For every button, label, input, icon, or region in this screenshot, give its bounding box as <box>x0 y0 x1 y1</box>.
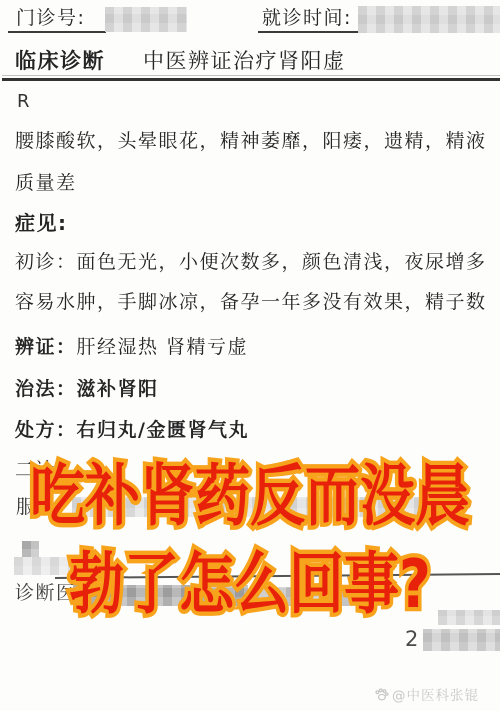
visit-time-redaction <box>358 6 500 33</box>
overlay-caption-line-2: 勃了怎么回事? 勃了怎么回事? <box>69 551 431 618</box>
method-line: 治法：滋补肾阳 <box>15 378 159 402</box>
prescription-label: 处方： <box>15 419 77 441</box>
symptom-line-1: 腰膝酸软，头晕眼花，精神萎靡，阳痿，遗精，精液 <box>15 130 487 154</box>
small-redaction-block <box>22 541 39 558</box>
doctor-label: 诊断医 <box>15 582 77 606</box>
date-fragment: 2 <box>405 626 420 652</box>
diagnosis-divider-shadow <box>2 75 500 76</box>
right-small-redaction <box>438 610 500 625</box>
method-value: 滋补肾阳 <box>77 378 159 400</box>
watermark-text: @中医科张锟 <box>392 684 479 704</box>
overlay-line2-text: 勃了怎么回事? <box>69 545 431 623</box>
medical-record-screenshot: 门诊号: 就诊时间: 临床诊断 中医辨证治疗肾阳虚 R 腰膝酸软，头晕眼花，精神… <box>0 0 500 711</box>
clinical-diagnosis-label: 临床诊断 <box>15 48 105 74</box>
prescription-value: 右归丸/金匮肾气丸 <box>77 419 249 441</box>
symptoms-heading: 症见: <box>15 211 68 236</box>
watermark: @中医科张锟 <box>374 684 479 704</box>
visit-time-underline <box>258 31 358 33</box>
overlay-line1-text: 吃补肾药反而没晨 <box>30 457 470 535</box>
prescription-line: 处方：右归丸/金匮肾气丸 <box>15 419 249 443</box>
visit-time-label: 就诊时间: <box>262 7 352 31</box>
outpatient-no-redaction <box>105 7 187 32</box>
outpatient-no-underline <box>8 31 106 33</box>
paw-icon <box>374 687 389 702</box>
symptom-line-2: 质量差 <box>15 172 77 196</box>
first-visit-line-2: 容易水肿，手脚冰凉，备孕一年多没有效果，精子数 <box>15 291 487 315</box>
syndrome-value: 肝经湿热 肾精亏虚 <box>77 336 249 358</box>
first-visit-line-1: 初诊：面色无光，小便次数多，颜色清浅，夜尿增多 <box>15 251 487 275</box>
rx-mark: R <box>17 91 31 114</box>
syndrome-label: 辨证： <box>15 336 77 358</box>
outpatient-no-label: 门诊号: <box>16 7 85 31</box>
syndrome-line: 辨证：肝经湿热 肾精亏虚 <box>15 336 248 360</box>
date-redaction <box>423 629 500 651</box>
overlay-caption-line-1: 吃补肾药反而没晨 吃补肾药反而没晨 <box>30 463 470 530</box>
method-label: 治法： <box>15 378 77 400</box>
clinical-diagnosis-value: 中医辨证治疗肾阳虚 <box>143 48 346 74</box>
diagnosis-divider <box>2 78 500 81</box>
